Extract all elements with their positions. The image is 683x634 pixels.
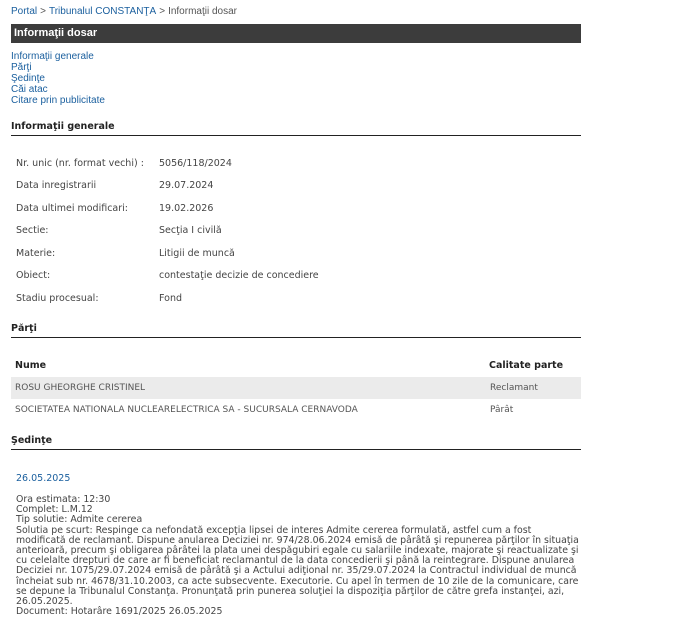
info-label: Data ultimei modificari:: [16, 203, 128, 214]
section-heading-informatii-generale: Informaţii generale: [11, 121, 581, 136]
info-value: Litigii de muncă: [159, 248, 235, 259]
info-label: Materie:: [16, 248, 55, 259]
section-nav: Informaţii generale Părţi Şedinţe Căi at…: [11, 51, 105, 106]
breadcrumb-separator: >: [159, 6, 165, 17]
info-label: Nr. unic (nr. format vechi) :: [16, 158, 144, 169]
info-value: 5056/118/2024: [159, 158, 232, 169]
table-row: SOCIETATEA NATIONALA NUCLEARELECTRICA SA…: [11, 399, 581, 421]
breadcrumb-portal-link[interactable]: Portal: [11, 6, 37, 17]
nav-link-cai-atac[interactable]: Căi atac: [11, 84, 105, 95]
party-role: Reclamant: [490, 377, 538, 399]
table-row: ROSU GHEORGHE CRISTINEL Reclamant: [11, 377, 581, 399]
party-role: Pârât: [490, 399, 513, 421]
nav-link-citare-publicitate[interactable]: Citare prin publicitate: [11, 95, 105, 106]
party-name: SOCIETATEA NATIONALA NUCLEARELECTRICA SA…: [15, 399, 358, 421]
sedinta-solutie: Solutia pe scurt: Respinge ca nefondată …: [16, 526, 581, 608]
nav-link-informatii-generale[interactable]: Informaţii generale: [11, 51, 105, 62]
sedinta-date: 26.05.2025: [16, 473, 70, 484]
info-value: 19.02.2026: [159, 203, 213, 214]
nav-link-sedinte[interactable]: Şedinţe: [11, 73, 105, 84]
nav-link-parti[interactable]: Părţi: [11, 62, 105, 73]
info-value: Fond: [159, 293, 182, 304]
info-value: Secţia I civilă: [159, 225, 222, 236]
info-value: contestaţie decizie de concediere: [159, 270, 319, 281]
info-label: Sectie:: [16, 225, 49, 236]
breadcrumb: Portal>Tribunalul CONSTANŢA>Informaţii d…: [11, 6, 237, 17]
column-header-nume: Nume: [15, 360, 46, 371]
section-heading-sedinte: Şedinţe: [11, 435, 581, 450]
breadcrumb-tribunal-link[interactable]: Tribunalul CONSTANŢA: [49, 6, 156, 17]
column-header-calitate: Calitate parte: [489, 360, 563, 371]
page-title-bar: Informaţii dosar: [11, 24, 581, 43]
breadcrumb-separator: >: [40, 6, 46, 17]
sedinta-ora: Ora estimata: 12:30: [16, 495, 581, 505]
sedinta-document: Document: Hotarâre 1691/2025 26.05.2025: [16, 607, 581, 617]
sedinta-details: Ora estimata: 12:30 Complet: L.M.12 Tip …: [16, 495, 581, 617]
section-heading-parti: Părţi: [11, 323, 581, 338]
info-label: Obiect:: [16, 270, 50, 281]
breadcrumb-current: Informaţii dosar: [168, 6, 237, 17]
info-label: Stadiu procesual:: [16, 293, 99, 304]
info-label: Data inregistrarii: [16, 180, 96, 191]
party-name: ROSU GHEORGHE CRISTINEL: [15, 377, 145, 399]
info-value: 29.07.2024: [159, 180, 213, 191]
